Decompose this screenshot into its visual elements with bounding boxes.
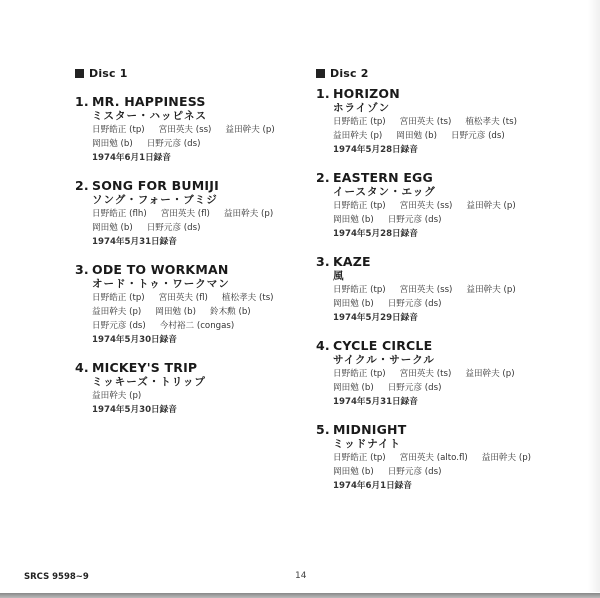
personnel-line: 益田幹夫 (p)岡田勉 (b)日野元彦 (ds) (333, 129, 556, 143)
disc-header: Disc 1 (75, 66, 300, 80)
track-title: SONG FOR BUMIJI (92, 178, 219, 193)
personnel: 日野皓正 (tp) (333, 369, 386, 379)
track-title: MR. HAPPINESS (92, 94, 206, 109)
track-title: CYCLE CIRCLE (333, 338, 432, 353)
personnel-line: 日野皓正 (tp)宮田英夫 (fl)植松孝夫 (ts) (92, 291, 300, 305)
personnel: 岡田勉 (b) (155, 307, 196, 317)
personnel: 益田幹夫 (p) (92, 391, 141, 401)
track-item: 3.KAZE 風 日野皓正 (tp)宮田英夫 (ss)益田幹夫 (p) 岡田勉 … (316, 254, 556, 325)
track-number: 4. (316, 338, 333, 353)
personnel: 日野元彦 (ds) (388, 299, 442, 309)
personnel: 日野元彦 (ds) (147, 139, 201, 149)
page-edge-shadow (588, 0, 600, 592)
track-number: 2. (75, 178, 92, 193)
square-bullet-icon (316, 69, 325, 78)
personnel: 益田幹夫 (p) (224, 209, 273, 219)
disc-label: Disc 1 (89, 67, 128, 80)
personnel-line: 岡田勉 (b)日野元彦 (ds) (333, 297, 556, 311)
personnel-line: 日野皓正 (tp)宮田英夫 (ts)益田幹夫 (p) (333, 367, 556, 381)
personnel: 日野元彦 (ds) (388, 215, 442, 225)
personnel: 岡田勉 (b) (333, 467, 374, 477)
track-kana-title: オード・トゥ・ワークマン (92, 277, 300, 291)
disc-header: Disc 2 (316, 66, 556, 80)
recording-date: 1974年6月1日録音 (92, 151, 300, 165)
square-bullet-icon (75, 69, 84, 78)
personnel: 岡田勉 (b) (396, 131, 437, 141)
track-number: 2. (316, 170, 333, 185)
personnel-line: 岡田勉 (b)日野元彦 (ds) (333, 213, 556, 227)
personnel: 宮田英夫 (ss) (400, 285, 453, 295)
personnel: 益田幹夫 (p) (225, 125, 274, 135)
personnel: 日野元彦 (ds) (388, 467, 442, 477)
track-number: 3. (75, 262, 92, 277)
personnel: 日野皓正 (flh) (92, 209, 147, 219)
personnel: 岡田勉 (b) (333, 383, 374, 393)
recording-date: 1974年5月28日録音 (333, 227, 556, 241)
track-title: ODE TO WORKMAN (92, 262, 229, 277)
track-title: EASTERN EGG (333, 170, 433, 185)
page-bottom-edge (0, 593, 600, 598)
personnel: 今村裕二 (congas) (160, 321, 234, 331)
personnel: 益田幹夫 (p) (92, 307, 141, 317)
recording-date: 1974年5月30日録音 (92, 333, 300, 347)
track-item: 2.SONG FOR BUMIJI ソング・フォー・ブミジ 日野皓正 (flh)… (75, 178, 300, 249)
track-item: 1.HORIZON ホライゾン 日野皓正 (tp)宮田英夫 (ts)植松孝夫 (… (316, 86, 556, 157)
track-item: 2.EASTERN EGG イースタン・エッグ 日野皓正 (tp)宮田英夫 (s… (316, 170, 556, 241)
track-number: 1. (75, 94, 92, 109)
disc-2-column: Disc 2 1.HORIZON ホライゾン 日野皓正 (tp)宮田英夫 (ts… (316, 66, 556, 506)
disc-label: Disc 2 (330, 67, 369, 80)
personnel-line: 日野皓正 (tp)宮田英夫 (ss)益田幹夫 (p) (92, 123, 300, 137)
track-kana-title: ミッドナイト (333, 437, 556, 451)
personnel: 日野皓正 (tp) (92, 125, 145, 135)
personnel: 岡田勉 (b) (92, 223, 133, 233)
personnel-line: 日野皓正 (tp)宮田英夫 (ss)益田幹夫 (p) (333, 199, 556, 213)
personnel: 宮田英夫 (alto.fl) (400, 453, 468, 463)
personnel: 益田幹夫 (p) (466, 201, 515, 211)
track-number: 1. (316, 86, 333, 101)
personnel-line: 日野皓正 (tp)宮田英夫 (alto.fl)益田幹夫 (p) (333, 451, 556, 465)
personnel-line: 岡田勉 (b)日野元彦 (ds) (333, 465, 556, 479)
personnel-line: 日野元彦 (ds)今村裕二 (congas) (92, 319, 300, 333)
personnel: 日野元彦 (ds) (147, 223, 201, 233)
personnel-line: 岡田勉 (b)日野元彦 (ds) (92, 221, 300, 235)
personnel: 宮田英夫 (fl) (161, 209, 210, 219)
personnel: 宮田英夫 (ss) (159, 125, 212, 135)
page-number: 14 (295, 571, 306, 581)
recording-date: 1974年5月29日録音 (333, 311, 556, 325)
track-number: 5. (316, 422, 333, 437)
recording-date: 1974年5月28日録音 (333, 143, 556, 157)
personnel: 植松孝夫 (ts) (465, 117, 517, 127)
personnel: 日野皓正 (tp) (92, 293, 145, 303)
personnel: 宮田英夫 (ts) (400, 369, 452, 379)
track-kana-title: イースタン・エッグ (333, 185, 556, 199)
personnel-line: 益田幹夫 (p)岡田勉 (b)鈴木勲 (b) (92, 305, 300, 319)
personnel: 益田幹夫 (p) (466, 285, 515, 295)
track-title: KAZE (333, 254, 371, 269)
personnel: 益田幹夫 (p) (482, 453, 531, 463)
personnel: 植松孝夫 (ts) (222, 293, 274, 303)
track-kana-title: ミッキーズ・トリップ (92, 375, 300, 389)
personnel: 日野皓正 (tp) (333, 453, 386, 463)
track-item: 5.MIDNIGHT ミッドナイト 日野皓正 (tp)宮田英夫 (alto.fl… (316, 422, 556, 493)
personnel: 岡田勉 (b) (333, 299, 374, 309)
track-item: 1.MR. HAPPINESS ミスター・ハッピネス 日野皓正 (tp)宮田英夫… (75, 94, 300, 165)
personnel-line: 日野皓正 (flh)宮田英夫 (fl)益田幹夫 (p) (92, 207, 300, 221)
personnel: 宮田英夫 (fl) (159, 293, 208, 303)
personnel: 宮田英夫 (ss) (400, 201, 453, 211)
personnel: 日野元彦 (ds) (92, 321, 146, 331)
recording-date: 1974年5月30日録音 (92, 403, 300, 417)
personnel: 益田幹夫 (p) (465, 369, 514, 379)
track-number: 4. (75, 360, 92, 375)
personnel-line: 岡田勉 (b)日野元彦 (ds) (92, 137, 300, 151)
personnel: 宮田英夫 (ts) (400, 117, 452, 127)
catalog-number: SRCS 9598~9 (24, 572, 89, 582)
personnel: 鈴木勲 (b) (210, 307, 251, 317)
track-kana-title: 風 (333, 269, 556, 283)
personnel: 日野皓正 (tp) (333, 285, 386, 295)
personnel: 岡田勉 (b) (333, 215, 374, 225)
personnel: 日野元彦 (ds) (451, 131, 505, 141)
track-item: 4.MICKEY'S TRIP ミッキーズ・トリップ 益田幹夫 (p) 1974… (75, 360, 300, 417)
track-kana-title: ホライゾン (333, 101, 556, 115)
personnel-line: 岡田勉 (b)日野元彦 (ds) (333, 381, 556, 395)
track-number: 3. (316, 254, 333, 269)
personnel: 日野皓正 (tp) (333, 201, 386, 211)
track-item: 3.ODE TO WORKMAN オード・トゥ・ワークマン 日野皓正 (tp)宮… (75, 262, 300, 347)
recording-date: 1974年5月31日録音 (333, 395, 556, 409)
recording-date: 1974年6月1日録音 (333, 479, 556, 493)
personnel-line: 益田幹夫 (p) (92, 389, 300, 403)
personnel: 益田幹夫 (p) (333, 131, 382, 141)
track-kana-title: サイクル・サークル (333, 353, 556, 367)
track-kana-title: ミスター・ハッピネス (92, 109, 300, 123)
recording-date: 1974年5月31日録音 (92, 235, 300, 249)
track-item: 4.CYCLE CIRCLE サイクル・サークル 日野皓正 (tp)宮田英夫 (… (316, 338, 556, 409)
track-title: MIDNIGHT (333, 422, 406, 437)
track-title: MICKEY'S TRIP (92, 360, 197, 375)
personnel-line: 日野皓正 (tp)宮田英夫 (ts)植松孝夫 (ts) (333, 115, 556, 129)
personnel: 岡田勉 (b) (92, 139, 133, 149)
track-title: HORIZON (333, 86, 400, 101)
liner-notes-page: Disc 1 1.MR. HAPPINESS ミスター・ハッピネス 日野皓正 (… (0, 0, 600, 598)
personnel: 日野皓正 (tp) (333, 117, 386, 127)
personnel-line: 日野皓正 (tp)宮田英夫 (ss)益田幹夫 (p) (333, 283, 556, 297)
track-kana-title: ソング・フォー・ブミジ (92, 193, 300, 207)
personnel: 日野元彦 (ds) (388, 383, 442, 393)
disc-1-column: Disc 1 1.MR. HAPPINESS ミスター・ハッピネス 日野皓正 (… (75, 66, 300, 430)
